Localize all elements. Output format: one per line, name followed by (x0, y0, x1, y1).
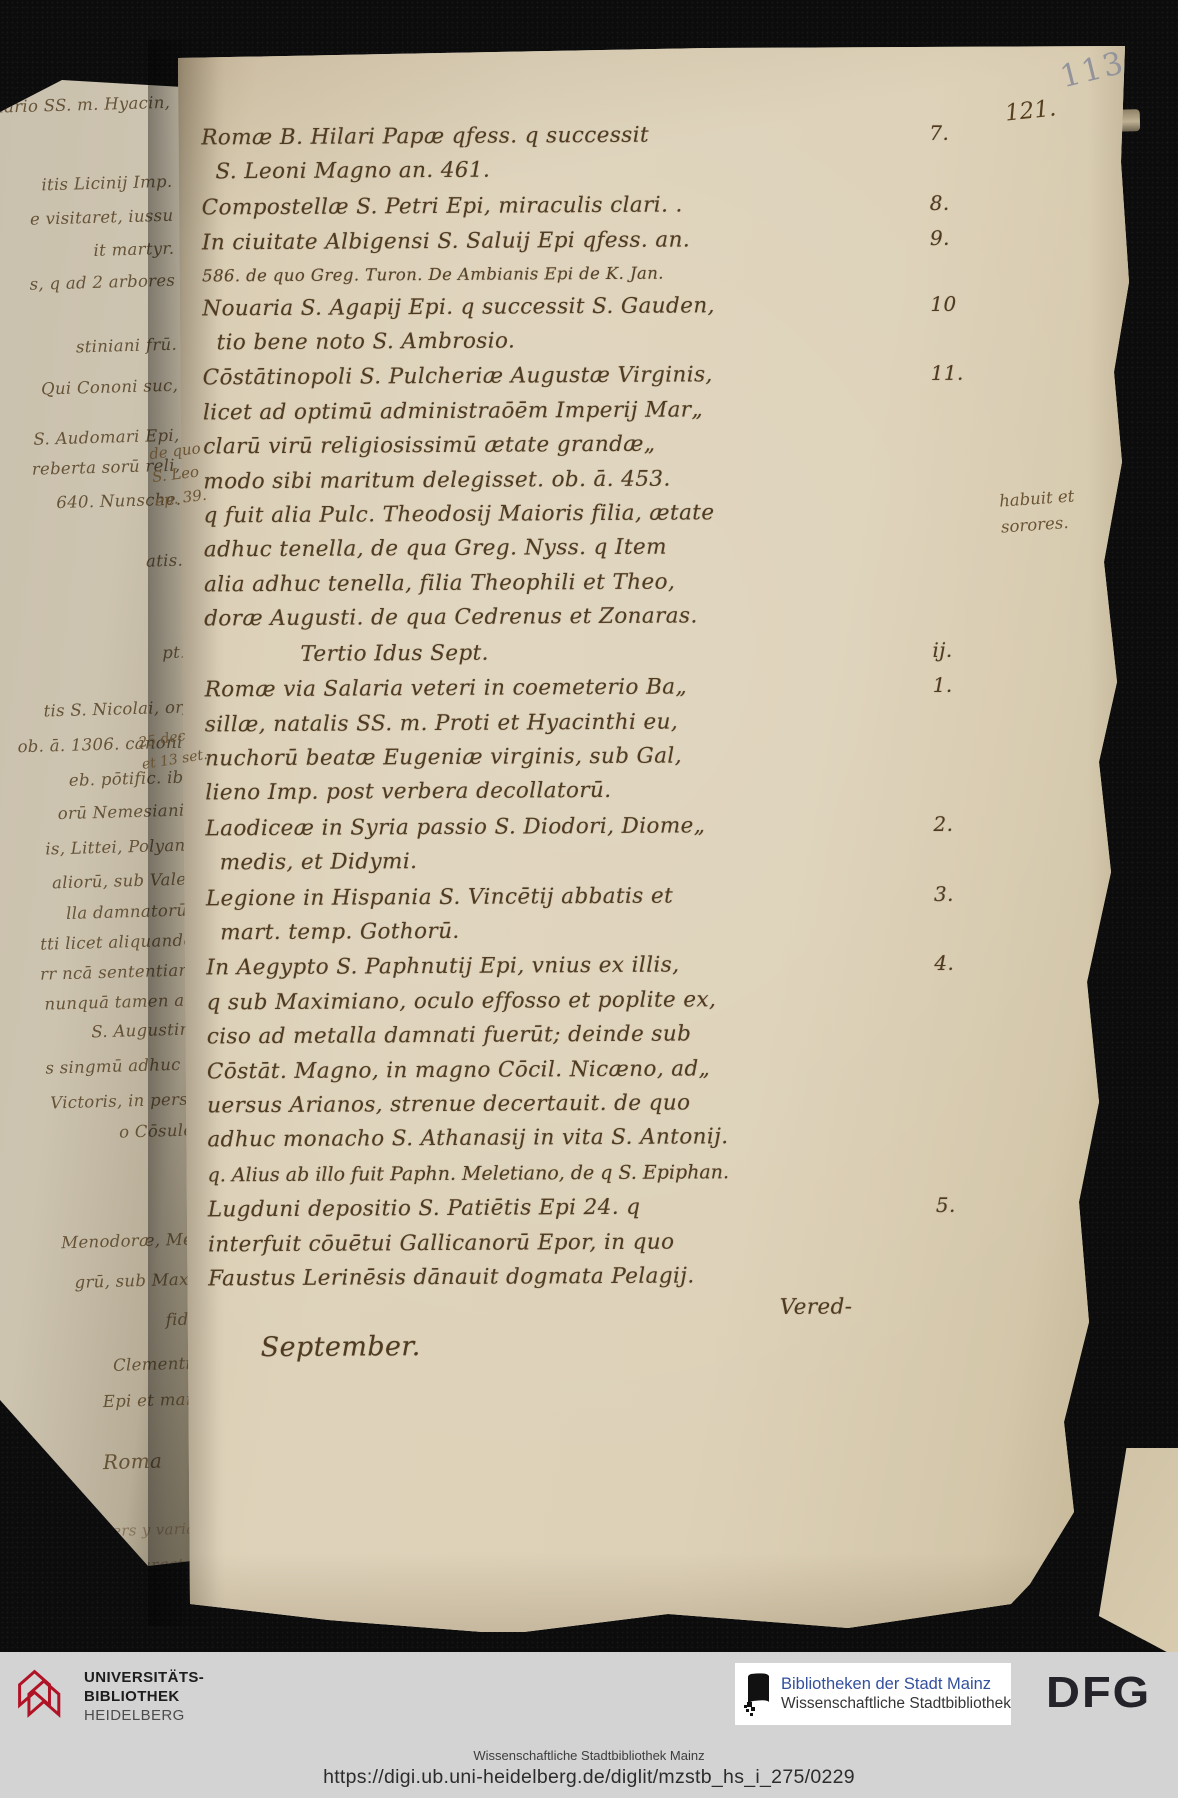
manuscript-line-number: 5. (926, 1188, 998, 1223)
manuscript-line: licet ad optimū administraōēm Imperij Ma… (203, 391, 993, 430)
manuscript-line-text: In Aegypto S. Paphnutij Epi, vnius ex il… (206, 949, 679, 986)
manuscript-line: doræ Augusti. de qua Cedrenus et Zonaras… (204, 598, 994, 637)
manuscript-line: uersus Arianos, strenue decertauit. de q… (207, 1085, 997, 1124)
verso-fragment-line: fide. (8, 1309, 204, 1333)
verso-fragment-line: Clementis. (9, 1353, 205, 1377)
manuscript-line: Legione in Hispania S. Vincētij abbatis … (206, 876, 996, 916)
manuscript-line: tio bene noto S. Ambrosio. (202, 322, 992, 361)
verso-fragment-line: s singmū adhuc p (1, 1054, 197, 1078)
verso-fragment-line: ni aduers y variam (14, 1519, 210, 1542)
manuscript-line: clarū virū religiosissimū ætate grandæ„ (203, 426, 993, 465)
manuscript-line-text: Lugduni depositio S. Patiētis Epi 24. q (208, 1191, 641, 1228)
caption: Wissenschaftliche Stadtbibliothek Mainz (0, 1748, 1178, 1763)
verso-fragment-line: Qui Cononi suc, (0, 376, 178, 400)
manuscript-line: q. Alius ab illo fuit Paphn. Meletiano, … (208, 1153, 998, 1192)
manuscript-line-text: modo sibi maritum delegisset. ob. ā. 453… (203, 462, 670, 499)
manuscript-line: Romæ B. Hilari Papæ qfess. q successit 7… (201, 116, 991, 156)
manuscript-line-text: interfuit cōuētui Gallicanorū Epor, in q… (208, 1225, 675, 1262)
verso-fragment-line: iario SS. m. Hyacin, (0, 93, 170, 117)
manuscript-line-number: 2. (923, 806, 995, 841)
manuscript-line: Vered- (208, 1292, 998, 1327)
verso-fragment-line: is, Littei, Polyan, (0, 835, 191, 859)
manuscript-line-text: Faustus Lerinēsis dānauit dogmata Pelagi… (208, 1259, 694, 1296)
manuscript-line: q fuit alia Pulc. Theodosij Maioris fili… (204, 495, 994, 534)
ub-heidelberg-logo: UNIVERSITÄTS- BIBLIOTHEK HEIDELBERG (14, 1662, 204, 1728)
source-url: https://digi.ub.uni-heidelberg.de/diglit… (0, 1766, 1178, 1789)
manuscript-line-text: sillæ, natalis SS. m. Proti et Hyacinthi… (205, 705, 678, 742)
manuscript-line-text: nuchorū beatæ Eugeniæ virginis, sub Gal, (205, 739, 682, 776)
verso-fragment-line: e purgatorij (15, 1554, 211, 1577)
manuscript-line-text: adhuc tenella, de qua Greg. Nyss. q Item (204, 531, 667, 568)
folio-number-ink: 121. (1004, 95, 1058, 126)
manuscript-line: September. (209, 1322, 999, 1371)
manuscript-line: alia adhuc tenella, filia Theophili et T… (204, 563, 994, 602)
verso-fragment-line: grū, sub Maxi„ (7, 1269, 203, 1293)
verso-fragment-line: s, q ad 2 arbores (0, 271, 175, 295)
manuscript-line: In Aegypto S. Paphnutij Epi, vnius ex il… (206, 946, 996, 986)
verso-fragment-line: pt. (0, 643, 186, 667)
manuscript-line: 586. de quo Greg. Turon. De Ambianis Epi… (202, 256, 992, 291)
verso-fragment-line: o Cōsule. (3, 1120, 199, 1144)
ub-books-icon (14, 1662, 70, 1728)
manuscript-line-text: Cōstāt. Magno, in magno Cōcil. Nicæno, a… (207, 1052, 710, 1089)
manuscript-line: nuchorū beatæ Eugeniæ virginis, sub Gal, (205, 737, 995, 776)
verso-page: iario SS. m. Hyacin, itis Licinij Imp. e… (0, 0, 200, 1625)
verso-fragment-line: it martyr. (0, 239, 175, 263)
manuscript-line-text: medis, et Didymi. (206, 845, 418, 881)
margin-note-line: sorores. (1000, 509, 1077, 540)
verso-fragment-line: Victoris, in perse (2, 1089, 198, 1113)
manuscript-line-text: alia adhuc tenella, filia Theophili et T… (204, 565, 675, 602)
mainz-line-1: Bibliotheken der Stadt Mainz (781, 1674, 1011, 1694)
verso-fragment-line: aliorū, sub Vale, (0, 869, 192, 893)
verso-fragment-line: Menodoræ, Me„ (6, 1229, 202, 1253)
manuscript-line-text: q sub Maximiano, oculo effosso et poplit… (206, 983, 716, 1021)
verso-fragment-line: tis S. Nicolai, or, (0, 698, 187, 722)
manuscript-line: interfuit cōuētui Gallicanorū Epor, in q… (208, 1223, 998, 1262)
manuscript-line-text: Romæ B. Hilari Papæ qfess. q successit (201, 119, 649, 156)
verso-fragment-line: Epi et mart. (10, 1389, 206, 1413)
mainz-logo: Bibliotheken der Stadt Mainz Wissenschaf… (735, 1663, 1011, 1725)
manuscript-line: adhuc monacho S. Athanasij in vita S. An… (207, 1119, 997, 1158)
manuscript-line-text: tio bene noto S. Ambrosio. (202, 325, 515, 361)
manuscript-line: Cōstāt. Magno, in magno Cōcil. Nicæno, a… (207, 1050, 997, 1089)
ub-line-1: UNIVERSITÄTS- (84, 1668, 204, 1687)
manuscript-line: Faustus Lerinēsis dānauit dogmata Pelagi… (208, 1258, 998, 1297)
manuscript-line: Laodiceæ in Syria passio S. Diodori, Dio… (205, 806, 995, 846)
verso-fragment-line: Roma (12, 1447, 209, 1476)
ub-line-2: BIBLIOTHEK (84, 1687, 204, 1706)
manuscript-line: medis, et Didymi. (206, 842, 996, 881)
manuscript-line: sillæ, natalis SS. m. Proti et Hyacinthi… (205, 703, 995, 742)
manuscript-text-block: Romæ B. Hilari Papæ qfess. q successit 7… (201, 116, 999, 1371)
manuscript-line-text: Vered- (780, 1293, 853, 1323)
verso-fragment-line: lla damnatorū. (0, 900, 193, 924)
margin-note-right-sorores: habuit etsorores. (998, 483, 1077, 539)
verso-fragment-line: S. Augustin. (0, 1019, 196, 1043)
manuscript-photo: iario SS. m. Hyacin, itis Licinij Imp. e… (0, 0, 1178, 1652)
manuscript-line: ciso ad metalla damnati fuerūt; deinde s… (207, 1016, 997, 1055)
manuscript-line: Compostellæ S. Petri Epi, miraculis clar… (202, 185, 992, 225)
manuscript-line-number: 9. (920, 221, 992, 256)
manuscript-line-number: 7. (919, 116, 991, 151)
manuscript-line-text: adhuc monacho S. Athanasij in vita S. An… (207, 1121, 728, 1159)
manuscript-line-text: Tertio Idus Sept. (204, 636, 489, 672)
verso-fragment-line: rr ncā sententiam (0, 960, 195, 984)
manuscript-line-text: q fuit alia Pulc. Theodosij Maioris fili… (204, 496, 715, 534)
manuscript-line: lieno Imp. post verbera decollatorū. (205, 772, 995, 811)
manuscript-line-text: doræ Augusti. de qua Cedrenus et Zonaras… (204, 600, 698, 637)
footer: UNIVERSITÄTS- BIBLIOTHEK HEIDELBERG Bibl… (0, 1652, 1178, 1798)
manuscript-line-text: Cōstātinopoli S. Pulcheriæ Augustæ Virgi… (203, 359, 713, 397)
manuscript-line-text: Nouaria S. Agapij Epi. q successit S. Ga… (202, 289, 715, 327)
mainz-logo-text: Bibliotheken der Stadt Mainz Wissenschaf… (781, 1674, 1011, 1714)
manuscript-line-number: 10 (920, 286, 992, 321)
manuscript-line-text: 586. de quo Greg. Turon. De Ambianis Epi… (202, 258, 664, 291)
mainz-book-icon (743, 1672, 773, 1716)
verso-fragment-line: orū Nemesiani, (0, 800, 190, 824)
manuscript-line-number: 8. (920, 185, 992, 220)
verso-fragment-line: tti licet aliquando (0, 930, 194, 954)
manuscript-line-text: Laodiceæ in Syria passio S. Diodori, Dio… (205, 809, 705, 846)
dfg-logo: DFG (1046, 1666, 1151, 1717)
verso-fragment-line: nunquā tamen ab (0, 990, 196, 1014)
manuscript-line: Romæ via Salaria veteri in coemeterio Ba… (205, 668, 995, 708)
ub-logo-text: UNIVERSITÄTS- BIBLIOTHEK HEIDELBERG (84, 1662, 204, 1725)
manuscript-line: Nouaria S. Agapij Epi. q successit S. Ga… (202, 286, 992, 326)
manuscript-line-text: uersus Arianos, strenue decertauit. de q… (207, 1086, 690, 1123)
manuscript-line-text: In ciuitate Albigensi S. Saluij Epi qfes… (202, 224, 690, 261)
verso-fragment-line: e visitaret, iussu (0, 206, 174, 230)
manuscript-line-text: licet ad optimū administraōēm Imperij Ma… (203, 393, 703, 430)
manuscript-line-number: 1. (923, 668, 995, 703)
manuscript-line: Lugduni depositio S. Patiētis Epi 24. q … (208, 1188, 998, 1228)
manuscript-line-text: clarū virū religiosissimū ætate grandæ„ (203, 428, 655, 465)
manuscript-line: In ciuitate Albigensi S. Saluij Epi qfes… (202, 221, 992, 261)
mainz-line-2: Wissenschaftliche Stadtbibliothek (781, 1694, 1011, 1714)
underlying-page-corner (1092, 1448, 1178, 1658)
manuscript-line: q sub Maximiano, oculo effosso et poplit… (206, 981, 996, 1020)
manuscript-line: modo sibi maritum delegisset. ob. ā. 453… (203, 460, 993, 499)
manuscript-line: mart. temp. Gothorū. (206, 912, 996, 951)
manuscript-line-text: mart. temp. Gothorū. (206, 915, 460, 951)
verso-fragment-line: atis. (0, 551, 183, 575)
manuscript-line: S. Leoni Magno an. 461. (201, 151, 991, 190)
manuscript-line: Tertio Idus Sept. ij. (204, 632, 994, 672)
manuscript-line-text: Compostellæ S. Petri Epi, miraculis clar… (202, 188, 683, 225)
manuscript-line-number: 4. (924, 946, 996, 981)
manuscript-line-text: Legione in Hispania S. Vincētij abbatis … (206, 879, 673, 916)
manuscript-line-number: 11. (921, 356, 993, 391)
verso-fragment-line: itis Licinij Imp. (0, 172, 173, 196)
manuscript-line-text: lieno Imp. post verbera decollatorū. (205, 774, 611, 811)
manuscript-line-number: 3. (924, 876, 996, 911)
manuscript-line-number: ij. (922, 632, 994, 667)
verso-fragment-line: stiniani frū. (0, 335, 177, 359)
manuscript-line: adhuc tenella, de qua Greg. Nyss. q Item (204, 529, 994, 568)
manuscript-line-text: S. Leoni Magno an. 461. (201, 154, 490, 190)
manuscript-line-text: Romæ via Salaria veteri in coemeterio Ba… (205, 671, 688, 708)
manuscript-line-text: ciso ad metalla damnati fuerūt; deinde s… (207, 1018, 692, 1055)
ub-line-3: HEIDELBERG (84, 1706, 204, 1725)
manuscript-line-text: q. Alius ab illo fuit Paphn. Meletiano, … (208, 1155, 730, 1193)
manuscript-line-text: September. (209, 1326, 421, 1371)
margin-note-left-de-quo: de quoS. Leoep. 39. (148, 437, 208, 513)
manuscript-line: Cōstātinopoli S. Pulcheriæ Augustæ Virgi… (203, 356, 993, 396)
